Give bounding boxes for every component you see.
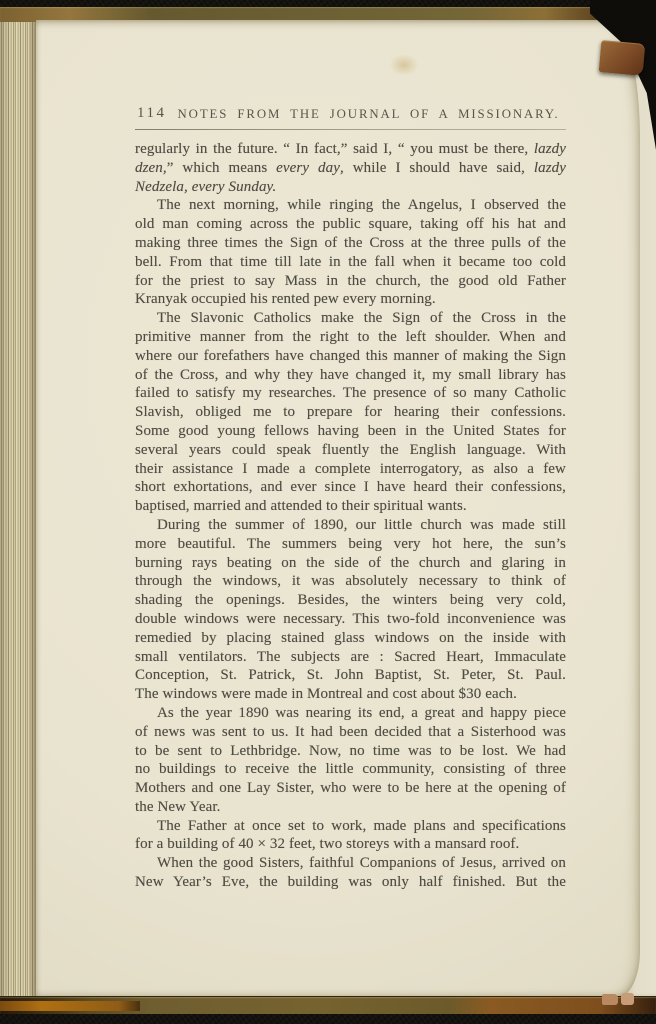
paragraph: As the year 1890 was nearing its end, a … (135, 704, 566, 817)
text-run: The next morning, while ringing the Ange… (157, 197, 566, 213)
text-line: Some good young fellows having been in t… (135, 422, 566, 441)
text-run: for a building of 40 × 32 feet, two stor… (135, 836, 519, 852)
text-run: short exhortations, and ever since I hav… (135, 479, 566, 495)
text-line: remedied by placing stained glass window… (135, 629, 566, 648)
page-edge-stack (0, 22, 36, 997)
text-line: Kranyak occupied his rented pew every mo… (135, 290, 566, 309)
text-line: several years could speak fluently the E… (135, 441, 566, 460)
text-run: Slavish, obliged me to prepare for heari… (135, 404, 566, 420)
text-run: more beautiful. The summers being very h… (135, 536, 566, 552)
text-line: During the summer of 1890, our little ch… (135, 516, 566, 535)
text-run: ” which means (167, 160, 276, 176)
text-run: remedied by placing stained glass window… (135, 630, 566, 646)
page-header: 114 NOTES FROM THE JOURNAL OF A MISSIONA… (135, 104, 566, 128)
text-run: When the good Sisters, faithful Companio… (157, 855, 566, 871)
page-stain (384, 50, 424, 80)
text-line: their assistance I made a complete inter… (135, 460, 566, 479)
text-line: dzen,” which means every day, while I sh… (135, 159, 566, 178)
text-line: The Slavonic Catholics make the Sign of … (135, 309, 566, 328)
text-line: As the year 1890 was nearing its end, a … (135, 704, 566, 723)
text-run: every day (276, 160, 340, 176)
text-run: baptised, married and attended to their … (135, 498, 467, 514)
text-run: The windows were made in Montreal and co… (135, 686, 517, 702)
text-run: several years could speak fluently the E… (135, 442, 566, 458)
text-run: their assistance I made a complete inter… (135, 461, 566, 477)
header-rule (135, 129, 566, 130)
text-line: shading the openings. Besides, the winte… (135, 591, 566, 610)
spine-leather-patch (599, 40, 646, 76)
running-title: NOTES FROM THE JOURNAL OF A MISSIONARY. (135, 104, 566, 122)
text-run: lazdy (534, 141, 566, 157)
text-line: for the priest to say Mass in the church… (135, 272, 566, 291)
paragraph: When the good Sisters, faithful Companio… (135, 854, 566, 892)
text-run: primitive manner from the right to the l… (135, 329, 566, 345)
book-photo: 114 NOTES FROM THE JOURNAL OF A MISSIONA… (0, 0, 656, 1024)
text-line: The next morning, while ringing the Ange… (135, 196, 566, 215)
text-run: Mothers and one Lay Sister, who were to … (135, 780, 566, 796)
text-run: for the priest to say Mass in the church… (135, 273, 566, 289)
text-run: , while I should have said, (340, 160, 534, 176)
paragraph: The next morning, while ringing the Ange… (135, 196, 566, 309)
text-run: The Father at once set to work, made pla… (157, 818, 566, 834)
text-run: failed to satisfy my researches. The pre… (135, 385, 566, 401)
page-number: 114 (137, 105, 166, 122)
text-line: bell. From that time till late in the fa… (135, 253, 566, 272)
text-line: regularly in the future. “ In fact,” sai… (135, 140, 566, 159)
text-run: no buildings to receive the little commu… (135, 761, 566, 777)
text-line: the New Year. (135, 798, 566, 817)
text-line: for a building of 40 × 32 feet, two stor… (135, 835, 566, 854)
text-run: bell. From that time till late in the fa… (135, 254, 566, 270)
text-line: Conception, St. Patrick, St. John Baptis… (135, 666, 566, 685)
text-run: of the Cross, and why they have changed … (135, 367, 566, 383)
paragraph: The Father at once set to work, made pla… (135, 817, 566, 855)
text-run: As the year 1890 was nearing its end, a … (157, 705, 566, 721)
text-run: old man coming across the public square,… (135, 216, 566, 232)
text-line: failed to satisfy my researches. The pre… (135, 384, 566, 403)
text-line: of the Cross, and why they have changed … (135, 366, 566, 385)
text-line: short exhortations, and ever since I hav… (135, 478, 566, 497)
text-run: Nedzela, every Sunday. (135, 179, 276, 195)
paragraph: The Slavonic Catholics make the Sign of … (135, 309, 566, 516)
text-run: where our forefathers have changed this … (135, 348, 566, 364)
text-run: The Slavonic Catholics make the Sign of … (157, 310, 566, 326)
text-line: primitive manner from the right to the l… (135, 328, 566, 347)
text-block: regularly in the future. “ In fact,” sai… (135, 140, 566, 892)
page-corner-fragment (621, 993, 634, 1005)
text-line: double windows were necessary. This two-… (135, 610, 566, 629)
text-line: New Year’s Eve, the building was only ha… (135, 873, 566, 892)
paragraph: regularly in the future. “ In fact,” sai… (135, 140, 566, 196)
text-run: to be sent to Lethbridge. Now, no time w… (135, 743, 566, 759)
text-line: When the good Sisters, faithful Companio… (135, 854, 566, 873)
bottom-left-board-strip (0, 1001, 140, 1011)
text-line: through the windows, it was absolutely n… (135, 572, 566, 591)
text-line: Slavish, obliged me to prepare for heari… (135, 403, 566, 422)
page-corner-fragment (602, 994, 618, 1005)
text-line: where our forefathers have changed this … (135, 347, 566, 366)
book-page: 114 NOTES FROM THE JOURNAL OF A MISSIONA… (36, 20, 640, 997)
text-run: double windows were necessary. This two-… (135, 611, 566, 627)
text-line: small ventilators. The subjects are : Sa… (135, 648, 566, 667)
text-line: more beautiful. The summers being very h… (135, 535, 566, 554)
text-run: regularly in the future. “ In fact,” sai… (135, 141, 534, 157)
text-run: lazdy (534, 160, 566, 176)
text-run: shading the openings. Besides, the winte… (135, 592, 566, 608)
text-line: of news was sent to us. It had been deci… (135, 723, 566, 742)
text-line: old man coming across the public square,… (135, 215, 566, 234)
text-run: through the windows, it was absolutely n… (135, 573, 566, 589)
text-run: Kranyak occupied his rented pew every mo… (135, 291, 436, 307)
text-line: The Father at once set to work, made pla… (135, 817, 566, 836)
text-run: dzen, (135, 160, 167, 176)
text-line: making three times the Sign of the Cross… (135, 234, 566, 253)
text-line: to be sent to Lethbridge. Now, no time w… (135, 742, 566, 761)
text-line: Nedzela, every Sunday. (135, 178, 566, 197)
text-run: making three times the Sign of the Cross… (135, 235, 566, 251)
text-line: no buildings to receive the little commu… (135, 760, 566, 779)
text-line: baptised, married and attended to their … (135, 497, 566, 516)
text-line: burning rays beating on the side of the … (135, 554, 566, 573)
text-run: During the summer of 1890, our little ch… (157, 517, 566, 533)
text-run: Some good young fellows having been in t… (135, 423, 566, 439)
text-line: Mothers and one Lay Sister, who were to … (135, 779, 566, 798)
text-run: Conception, St. Patrick, St. John Baptis… (135, 667, 566, 683)
text-run: burning rays beating on the side of the … (135, 555, 566, 571)
text-run: New Year’s Eve, the building was only ha… (135, 874, 566, 890)
text-run: of news was sent to us. It had been deci… (135, 724, 566, 740)
text-run: small ventilators. The subjects are : Sa… (135, 649, 566, 665)
text-run: the New Year. (135, 799, 220, 815)
paragraph: During the summer of 1890, our little ch… (135, 516, 566, 704)
text-line: The windows were made in Montreal and co… (135, 685, 566, 704)
